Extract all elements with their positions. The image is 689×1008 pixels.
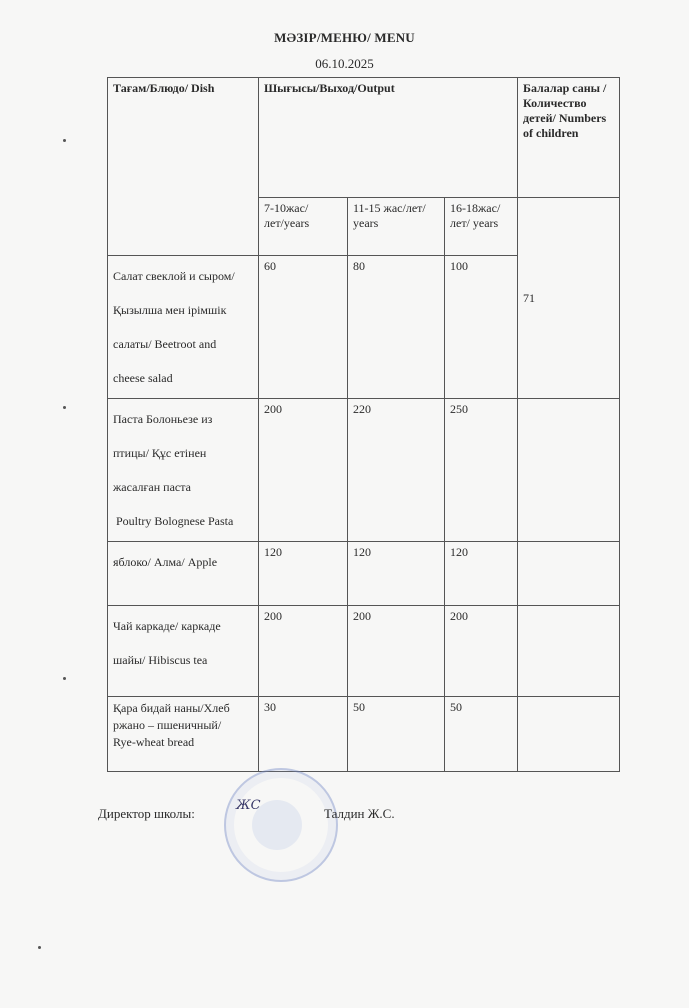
table-row: Чай каркаде/ каркаде шайы/ Hibiscus tea … — [108, 606, 620, 697]
children-cell — [518, 399, 620, 542]
portion-7-10: 30 — [259, 697, 348, 772]
age-group-16-18: 16-18жас/лет/ years — [445, 198, 518, 256]
header-row: Тағам/Блюдо/ Dish Шығысы/Выход/Output Ба… — [108, 78, 620, 198]
dish-line: Rye-wheat bread — [113, 734, 253, 751]
margin-mark — [63, 677, 66, 680]
portion-16-18: 50 — [445, 697, 518, 772]
dish-line: шайы/ Hibiscus tea — [113, 643, 253, 677]
dish-line: салаты/ Beetroot and — [113, 327, 253, 361]
portion-7-10: 120 — [259, 542, 348, 606]
children-cell — [518, 606, 620, 697]
portion-7-10: 60 — [259, 256, 348, 399]
dish-name: Паста Болоньезе из птицы/ Құс етінен жас… — [108, 399, 259, 542]
portion-11-15: 80 — [348, 256, 445, 399]
director-signature: ЖС — [236, 798, 261, 813]
portion-7-10: 200 — [259, 606, 348, 697]
dish-name: Чай каркаде/ каркаде шайы/ Hibiscus tea — [108, 606, 259, 697]
margin-mark — [63, 139, 66, 142]
director-label: Директор школы: — [98, 806, 195, 822]
dish-line: Чай каркаде/ каркаде — [113, 609, 253, 643]
menu-table: Тағам/Блюдо/ Dish Шығысы/Выход/Output Ба… — [107, 77, 620, 772]
table-row: Паста Болоньезе из птицы/ Құс етінен жас… — [108, 399, 620, 542]
portion-11-15: 200 — [348, 606, 445, 697]
dish-line: Паста Болоньезе из — [113, 402, 253, 436]
dish-line: Poultry Bolognese Pasta — [113, 504, 253, 538]
dish-line: птицы/ Құс етінен — [113, 436, 253, 470]
document-date: 06.10.2025 — [0, 56, 689, 72]
dish-line: Салат свеклой и сыром/ — [113, 259, 253, 293]
dish-name: Салат свеклой и сыром/ Қызылша мен ірімш… — [108, 256, 259, 399]
dish-line: cheese salad — [113, 361, 253, 395]
dish-line: ржано – пшеничный/ — [113, 717, 253, 734]
header-dish: Тағам/Блюдо/ Dish — [108, 78, 259, 256]
children-count: 71 — [518, 198, 620, 399]
portion-16-18: 250 — [445, 399, 518, 542]
dish-name: Қара бидай наны/Хлеб ржано – пшеничный/ … — [108, 697, 259, 772]
dish-line: Қара бидай наны/Хлеб — [113, 700, 253, 717]
dish-name: яблоко/ Алма/ Apple — [108, 542, 259, 606]
dish-line: жасалған паста — [113, 470, 253, 504]
portion-11-15: 120 — [348, 542, 445, 606]
portion-11-15: 50 — [348, 697, 445, 772]
children-cell — [518, 697, 620, 772]
document-title: МӘЗІР/МЕНЮ/ MENU — [0, 30, 689, 46]
dish-line: яблоко/ Алма/ Apple — [113, 545, 253, 579]
header-children: Балалар саны /Количество детей/ Numbers … — [518, 78, 620, 198]
portion-16-18: 200 — [445, 606, 518, 697]
table-row: яблоко/ Алма/ Apple 120 120 120 — [108, 542, 620, 606]
portion-16-18: 120 — [445, 542, 518, 606]
director-name: Талдин Ж.С. — [324, 806, 395, 822]
age-group-11-15: 11-15 жас/лет/ years — [348, 198, 445, 256]
age-group-7-10: 7-10жас/лет/years — [259, 198, 348, 256]
portion-16-18: 100 — [445, 256, 518, 399]
margin-mark — [38, 946, 41, 949]
margin-mark — [63, 406, 66, 409]
portion-11-15: 220 — [348, 399, 445, 542]
table-row: Қара бидай наны/Хлеб ржано – пшеничный/ … — [108, 697, 620, 772]
children-cell — [518, 542, 620, 606]
header-output: Шығысы/Выход/Output — [259, 78, 518, 198]
dish-line: Қызылша мен ірімшік — [113, 293, 253, 327]
portion-7-10: 200 — [259, 399, 348, 542]
